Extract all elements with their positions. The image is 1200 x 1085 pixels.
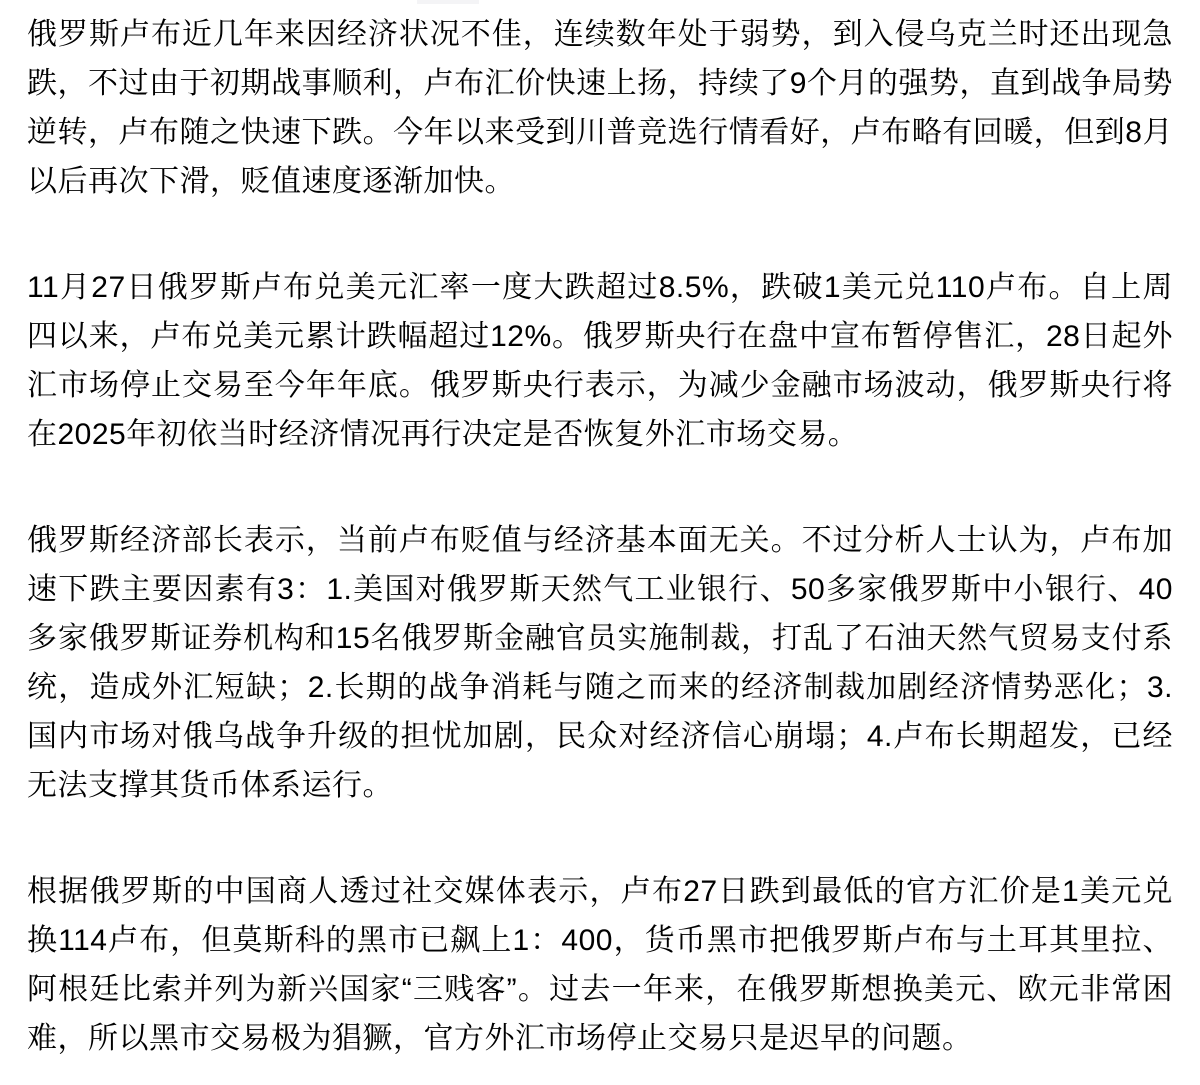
article-body: 俄罗斯卢布近几年来因经济状况不佳，连续数年处于弱势，到入侵乌克兰时还出现急跌，不… [27, 10, 1173, 1063]
cropped-line-artifact [417, 0, 479, 4]
paragraph-ruble-weakness: 俄罗斯卢布近几年来因经济状况不佳，连续数年处于弱势，到入侵乌克兰时还出现急跌，不… [27, 10, 1173, 206]
paragraph-analysis-factors: 俄罗斯经济部长表示，当前卢布贬值与经济基本面无关。不过分析人士认为，卢布加速下跌… [27, 516, 1173, 810]
paragraph-nov27-crash: 11月27日俄罗斯卢布兑美元汇率一度大跌超过8.5%，跌破1美元兑110卢布。自… [27, 263, 1173, 459]
paragraph-black-market: 根据俄罗斯的中国商人透过社交媒体表示，卢布27日跌到最低的官方汇价是1美元兑换1… [27, 867, 1173, 1063]
